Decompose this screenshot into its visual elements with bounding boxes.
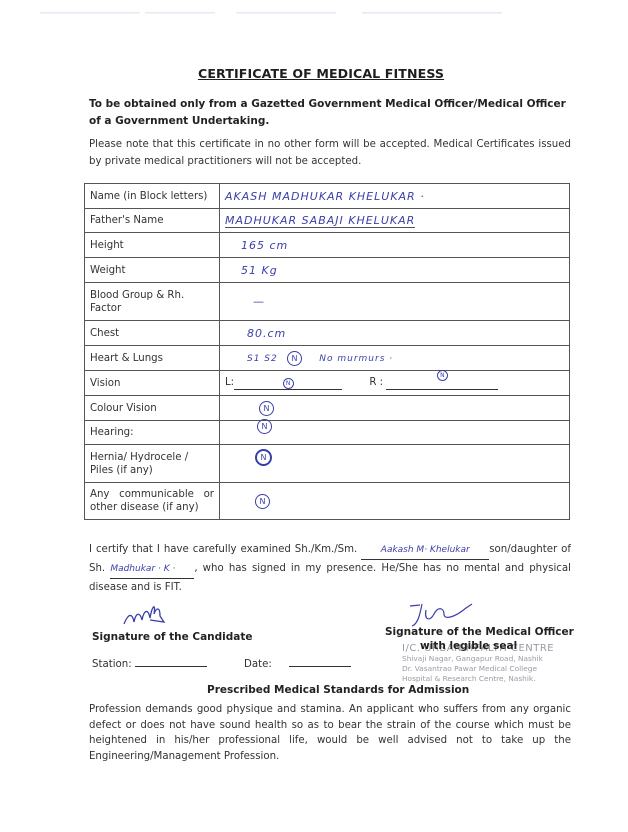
- candidate-name-field[interactable]: Aakash M· Khelukar: [361, 542, 489, 560]
- date-label: Date:: [244, 659, 272, 670]
- normal-mark-icon: N: [283, 378, 294, 389]
- station-field[interactable]: [135, 666, 207, 667]
- field-label: Vision: [85, 371, 220, 396]
- vision-left-field[interactable]: N: [234, 377, 342, 390]
- table-row: Chest 80.cm: [85, 321, 570, 346]
- stamp-line: Hospital & Research Centre, Nashik.: [402, 674, 572, 684]
- eligibility-notice: To be obtained only from a Gazetted Gove…: [89, 96, 569, 130]
- document-title: CERTIFICATE OF MEDICAL FITNESS: [198, 66, 444, 81]
- normal-mark-icon: N: [287, 351, 302, 366]
- field-label: Chest: [85, 321, 220, 346]
- hernia-field[interactable]: N: [255, 449, 272, 466]
- heart-lungs-field[interactable]: S1 S2 N No murmurs ·: [220, 346, 570, 371]
- table-row: Heart & Lungs S1 S2 N No murmurs ·: [85, 346, 570, 371]
- date-field[interactable]: [289, 666, 351, 667]
- candidate-signature-label: Signature of the Candidate: [92, 631, 253, 643]
- scan-artifact: [145, 12, 215, 14]
- table-row: Name (in Block letters) AKASH MADHUKAR K…: [85, 184, 570, 209]
- vision-right-field[interactable]: N: [386, 377, 498, 390]
- field-label: Hearing:: [85, 421, 220, 445]
- standards-body: Profession demands good physique and sta…: [89, 702, 571, 764]
- colour-vision-field[interactable]: N: [259, 401, 274, 416]
- table-row: Weight 51 Kg: [85, 258, 570, 283]
- table-row: Any communicable or other disease (if an…: [85, 483, 570, 520]
- field-label: Blood Group & Rh. Factor: [85, 283, 220, 321]
- field-label: Any communicable or other disease (if an…: [85, 483, 220, 520]
- communicable-disease-field[interactable]: N: [255, 494, 270, 509]
- chest-field[interactable]: 80.cm: [247, 327, 286, 340]
- stamp-line: Shivaji Nagar, Gangapur Road, Nashik: [402, 654, 572, 664]
- field-label: Father's Name: [85, 209, 220, 233]
- field-label: Name (in Block letters): [85, 184, 220, 209]
- field-label: Heart & Lungs: [85, 346, 220, 371]
- field-label: Hernia/ Hydrocele / Piles (if any): [85, 445, 220, 483]
- heart-remarks: No murmurs ·: [319, 354, 393, 364]
- table-row: Blood Group & Rh. Factor —: [85, 283, 570, 321]
- station-row: Station:: [92, 659, 207, 670]
- blood-group-field[interactable]: —: [253, 295, 265, 308]
- heart-sounds: S1 S2: [247, 354, 278, 364]
- table-row: Height 165 cm: [85, 233, 570, 258]
- scan-artifact: [236, 12, 336, 14]
- table-row: Colour Vision N: [85, 396, 570, 421]
- table-row: Father's Name MADHUKAR SABAJI KHELUKAR: [85, 209, 570, 233]
- acceptance-notice: Please note that this certificate in no …: [89, 136, 571, 170]
- normal-mark-icon: N: [437, 370, 448, 381]
- father-name-cert-field[interactable]: Madhukar · K ·: [110, 561, 194, 579]
- field-label: Colour Vision: [85, 396, 220, 421]
- medical-officer-signature-label: Signature of the Medical Officer: [385, 626, 574, 638]
- weight-field[interactable]: 51 Kg: [241, 264, 278, 277]
- scan-artifact: [40, 12, 140, 14]
- father-name-field[interactable]: MADHUKAR SABAJI KHELUKAR: [225, 214, 415, 228]
- name-field[interactable]: AKASH MADHUKAR KHELUKAR ·: [225, 190, 425, 203]
- height-field[interactable]: 165 cm: [241, 239, 288, 252]
- scan-artifact: [362, 12, 502, 14]
- standards-title: Prescribed Medical Standards for Admissi…: [207, 684, 469, 696]
- hearing-field[interactable]: N: [257, 419, 272, 434]
- date-row: Date:: [244, 659, 351, 670]
- candidate-signature: [120, 600, 180, 628]
- certification-statement: I certify that I have carefully examined…: [89, 541, 571, 596]
- stamp-line: Dr. Vasantrao Pawar Medical College: [402, 664, 572, 674]
- field-label: Height: [85, 233, 220, 258]
- table-row: Hearing: N: [85, 421, 570, 445]
- medical-details-table: Name (in Block letters) AKASH MADHUKAR K…: [84, 183, 570, 520]
- field-label: Weight: [85, 258, 220, 283]
- station-label: Station:: [92, 659, 132, 670]
- seal-label: with legible seal: [420, 640, 517, 652]
- table-row: Hernia/ Hydrocele / Piles (if any) N: [85, 445, 570, 483]
- certification-text: I certify that I have carefully examined…: [89, 544, 357, 555]
- table-row: Vision L:N R : N: [85, 371, 570, 396]
- vision-right-label: R :: [369, 377, 383, 388]
- vision-left-label: L:: [225, 377, 234, 388]
